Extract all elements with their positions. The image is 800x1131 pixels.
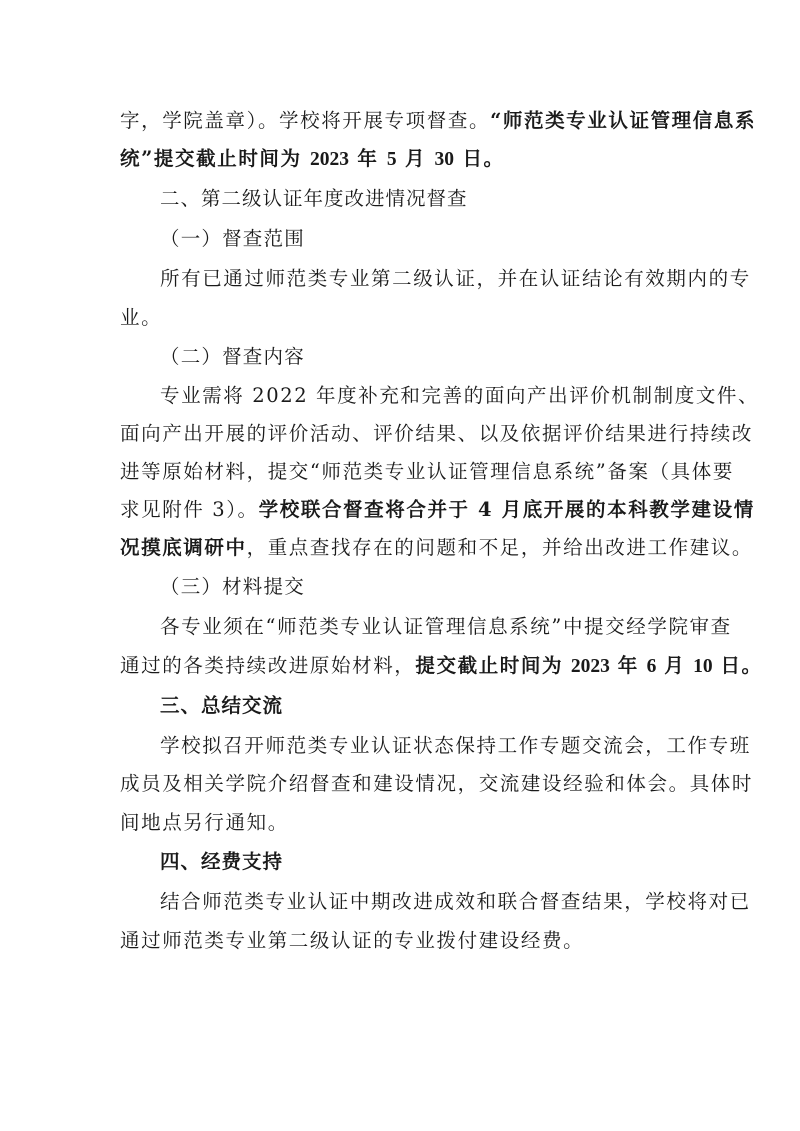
paragraph-line: 所有已通过师范类专业第二级认证，并在认证结论有效期内的专 [160,266,690,292]
bold-text-run: “师范类专业认证管理信息系 [490,109,756,132]
subsection-heading-1: （一）督查范围 [160,226,690,252]
bold-text-run: 学校联合督查将合并于 4 月底开展的本科教学建设情 [259,498,755,521]
bold-text-run: 月 [405,147,426,170]
paragraph-line: 结合师范类专业认证中期改进成效和联合督查结果，学校将对已 [160,889,690,915]
deadline-day: 10 [693,656,713,677]
paragraph-line: 业。 [120,305,690,331]
paragraph-line: 通过的各类持续改进原始材料，提交截止时间为 2023 年 6 月 10 日。 [120,653,690,680]
subsection-heading-2: （二）督查内容 [160,344,690,370]
text-run: ，重点查找存在的问题和不足，并给出改进工作建议。 [247,536,753,559]
deadline-month: 6 [647,656,657,677]
bold-text-run: 日。 [720,654,762,677]
document-page: 字，学院盖章）。学校将开展专项督查。“师范类专业认证管理信息系 统”提交截止时间… [0,0,800,1131]
paragraph-line: 求见附件 3）。学校联合督查将合并于 4 月底开展的本科教学建设情 [120,497,690,523]
bold-text-run: 月 [664,654,685,677]
bold-text-run: 况摸底调研中 [120,536,247,559]
text-run: 求见附件 3）。 [120,498,259,521]
text-run: 通过的各类持续改进原始材料， [120,654,415,677]
text-run: 字，学院盖章）。学校将开展专项督查。 [120,109,490,132]
deadline-day: 30 [435,149,455,170]
deadline-year: 2023 [310,149,349,170]
bold-text-run: 年 [618,654,639,677]
paragraph-line: 学校拟召开师范类专业认证状态保持工作专题交流会，工作专班 [160,733,690,759]
paragraph-line: 字，学院盖章）。学校将开展专项督查。“师范类专业认证管理信息系 [120,108,690,134]
bold-text-run: 统” [120,147,154,170]
deadline-year: 2023 [571,656,610,677]
paragraph-line: 面向产出开展的评价活动、评价结果、以及依据评价结果进行持续改 [120,421,690,447]
section-heading-3: 三、总结交流 [160,693,690,719]
paragraph-line: 成员及相关学院介绍督查和建设情况，交流建设经验和体会。具体时 [120,771,690,797]
section-heading-4: 四、经费支持 [160,849,690,875]
paragraph-line: 进等原始材料，提交“师范类专业认证管理信息系统”备案（具体要 [120,459,690,485]
paragraph-line: 况摸底调研中，重点查找存在的问题和不足，并给出改进工作建议。 [120,535,690,561]
bold-text-run: 提交截止时间为 [154,147,302,170]
deadline-month: 5 [387,149,397,170]
paragraph-line: 间地点另行通知。 [120,810,690,836]
paragraph-line: 专业需将 2022 年度补充和完善的面向产出评价机制制度文件、 [160,383,690,409]
bold-text-run: 年 [357,147,378,170]
bold-text-run: 日。 [462,147,504,170]
paragraph-line: 统”提交截止时间为 2023 年 5 月 30 日。 [120,146,690,173]
paragraph-line: 通过师范类专业第二级认证的专业拨付建设经费。 [120,928,690,954]
bold-text-run: 提交截止时间为 [415,654,563,677]
subsection-heading-3: （三）材料提交 [160,574,690,600]
paragraph-line: 各专业须在“师范类专业认证管理信息系统”中提交经学院审查 [160,614,690,640]
section-heading-2: 二、第二级认证年度改进情况督查 [160,186,690,212]
